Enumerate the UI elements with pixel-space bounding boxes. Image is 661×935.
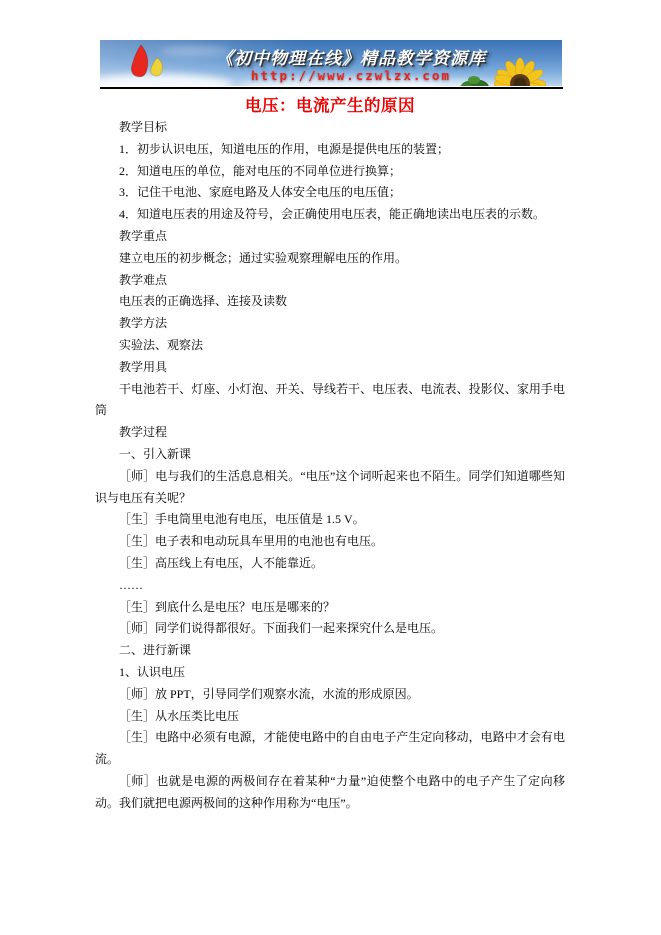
paragraph: 1．初步认识电压，知道电压的作用，电源是提供电压的装置； [95, 139, 565, 161]
site-url: http://www.czwlzx.com [170, 68, 532, 83]
flame-logo-icon [126, 43, 174, 85]
page-title: 电压：电流产生的原因 [95, 92, 565, 116]
paragraph: ［生］从水压类比电压 [95, 706, 565, 728]
lesson-plan-body: 教学目标 1．初步认识电压，知道电压的作用，电源是提供电压的装置； 2．知道电压… [95, 117, 565, 815]
paragraph: ［生］到底什么是电压？电压是哪来的？ [95, 597, 565, 619]
paragraph: ［生］电子表和电动玩具车里用的电池也有电压。 [95, 531, 565, 553]
document-page: 《初中物理在线》精品教学资源库 http://www.czwlzx.com 电压… [0, 0, 661, 935]
site-banner: 《初中物理在线》精品教学资源库 http://www.czwlzx.com [100, 40, 562, 86]
paragraph: 4．知道电压表的用途及符号，会正确使用电压表，能正确地读出电压表的示数。 [95, 204, 565, 226]
paragraph: 二、进行新课 [95, 640, 565, 662]
paragraph: ［生］手电筒里电池有电压，电压值是 1.5 V。 [95, 509, 565, 531]
paragraph: 电压表的正确选择、连接及读数 [95, 291, 565, 313]
paragraph: ［生］电路中必须有电源，才能使电路中的自由电子产生定向移动，电路中才会有电流。 [95, 727, 565, 771]
paragraph: 建立电压的初步概念；通过实验观察理解电压的作用。 [95, 248, 565, 270]
paragraph: 1、认识电压 [95, 662, 565, 684]
paragraph: 干电池若干、灯座、小灯泡、开关、导线若干、电压表、电流表、投影仪、家用手电筒 [95, 379, 565, 423]
paragraph: 实验法、观察法 [95, 335, 565, 357]
paragraph: 教学方法 [95, 313, 565, 335]
paragraph: 教学难点 [95, 270, 565, 292]
paragraph: 教学目标 [95, 117, 565, 139]
paragraph: ［师］放 PPT，引导同学们观察水流，水流的形成原因。 [95, 684, 565, 706]
paragraph: 教学用具 [95, 357, 565, 379]
paragraph: 教学重点 [95, 226, 565, 248]
paragraph: 一、引入新课 [95, 444, 565, 466]
paragraph: ［师］同学们说得都很好。下面我们一起来探究什么是电压。 [95, 618, 565, 640]
paragraph: ［师］也就是电源的两极间存在着某种“力量”迫使整个电路中的电子产生了定向移动。我… [95, 771, 565, 815]
paragraph: …… [95, 575, 565, 597]
paragraph: 3．记住干电池、家庭电路及人体安全电压的电压值； [95, 182, 565, 204]
paragraph: ［师］电与我们的生活息息相关。“电压”这个词听起来也不陌生。同学们知道哪些知识与… [95, 466, 565, 510]
header-divider-rule [100, 87, 563, 89]
paragraph: 2．知道电压的单位，能对电压的不同单位进行换算； [95, 161, 565, 183]
banner-text-block: 《初中物理在线》精品教学资源库 http://www.czwlzx.com [170, 44, 532, 83]
paragraph: ［生］高压线上有电压，人不能靠近。 [95, 553, 565, 575]
site-title: 《初中物理在线》精品教学资源库 [216, 44, 486, 69]
paragraph: 教学过程 [95, 422, 565, 444]
